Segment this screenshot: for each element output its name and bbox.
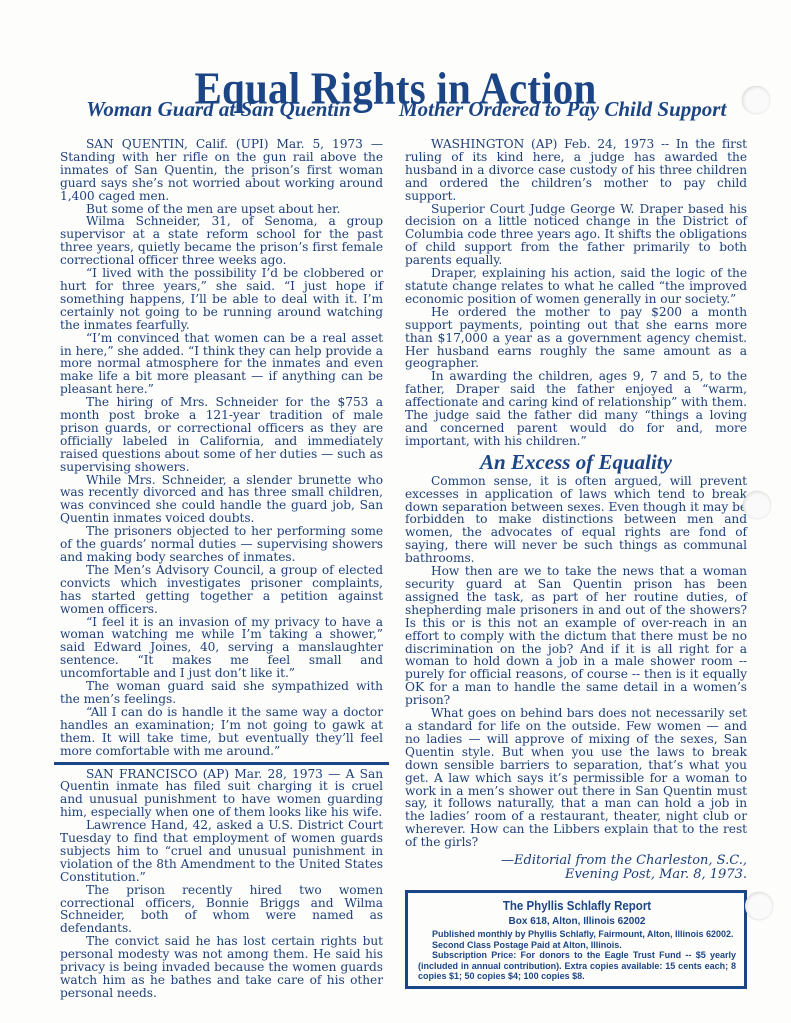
paragraph: The hiring of Mrs. Schneider for the $75… (60, 396, 383, 473)
article-child-support: WASHINGTON (AP) Feb. 24, 1973 -- In the … (405, 138, 747, 448)
masthead-title: The Phyllis Schlafly Report (431, 898, 724, 915)
paragraph: Lawrence Hand, 42, asked a U.S. District… (60, 819, 383, 884)
masthead-box: The Phyllis Schlafly Report Box 618, Alt… (405, 890, 747, 989)
masthead-line: Published monthly by Phyllis Schlafly, F… (418, 929, 736, 940)
paragraph: He ordered the mother to pay $200 a mont… (405, 306, 747, 371)
attribution-line: —Editorial from the Charleston, S.C., (405, 854, 747, 868)
masthead-address: Box 618, Alton, Illinois 62002 (418, 915, 736, 929)
paragraph: SAN QUENTIN, Calif. (UPI) Mar. 5, 1973 —… (60, 138, 383, 203)
paragraph: Superior Court Judge George W. Draper ba… (405, 203, 747, 268)
paragraph: The prison recently hired two women corr… (60, 884, 383, 936)
article-woman-guard: SAN QUENTIN, Calif. (UPI) Mar. 5, 1973 —… (60, 138, 383, 758)
left-column: Woman Guard at San Quentin SAN QUENTIN, … (60, 96, 383, 1000)
paragraph: Common sense, it is often argued, will p… (405, 475, 747, 565)
paragraph: The prisoners objected to her performing… (60, 525, 383, 564)
section-divider (54, 762, 389, 765)
article-san-francisco: SAN FRANCISCO (AP) Mar. 28, 1973 — A San… (60, 768, 383, 1000)
paragraph: “I feel it is an invasion of my privacy … (60, 616, 383, 681)
paragraph: The woman guard said she sympathized wit… (60, 680, 383, 706)
punch-hole-icon (745, 892, 773, 920)
paragraph: The Men’s Advisory Council, a group of e… (60, 564, 383, 616)
attribution-line: Evening Post, Mar. 8, 1973. (405, 868, 747, 882)
headline-woman-guard: Woman Guard at San Quentin (54, 96, 383, 122)
paragraph: While Mrs. Schneider, a slender brunette… (60, 474, 383, 526)
masthead-line: Subscription Price: For donors to the Ea… (418, 950, 736, 982)
paragraph: “All I can do is handle it the same way … (60, 706, 383, 758)
paragraph: What goes on behind bars does not necess… (405, 707, 747, 849)
paragraph: “I’m convinced that women can be a real … (60, 332, 383, 397)
paragraph: The convict said he has lost certain rig… (60, 935, 383, 1000)
punch-hole-icon (742, 86, 770, 114)
paragraph: In awarding the children, ages 9, 7 and … (405, 370, 747, 447)
paragraph: “I lived with the possibility I’d be clo… (60, 267, 383, 332)
article-excess-of-equality: Common sense, it is often argued, will p… (405, 475, 747, 849)
headline-excess-of-equality: An Excess of Equality (405, 449, 747, 475)
paragraph: How then are we to take the news that a … (405, 565, 747, 707)
punch-hole-icon (743, 491, 771, 519)
right-column: Mother Ordered to Pay Child Support WASH… (405, 96, 747, 989)
headline-child-support: Mother Ordered to Pay Child Support (399, 96, 747, 122)
editorial-attribution: —Editorial from the Charleston, S.C., Ev… (405, 854, 747, 882)
paragraph: SAN FRANCISCO (AP) Mar. 28, 1973 — A San… (60, 768, 383, 820)
masthead-line: Second Class Postage Paid at Alton, Illi… (418, 940, 736, 951)
paragraph: Wilma Schneider, 31, of Senoma, a group … (60, 215, 383, 267)
paragraph: Draper, explaining his action, said the … (405, 267, 747, 306)
paragraph: WASHINGTON (AP) Feb. 24, 1973 -- In the … (405, 138, 747, 203)
